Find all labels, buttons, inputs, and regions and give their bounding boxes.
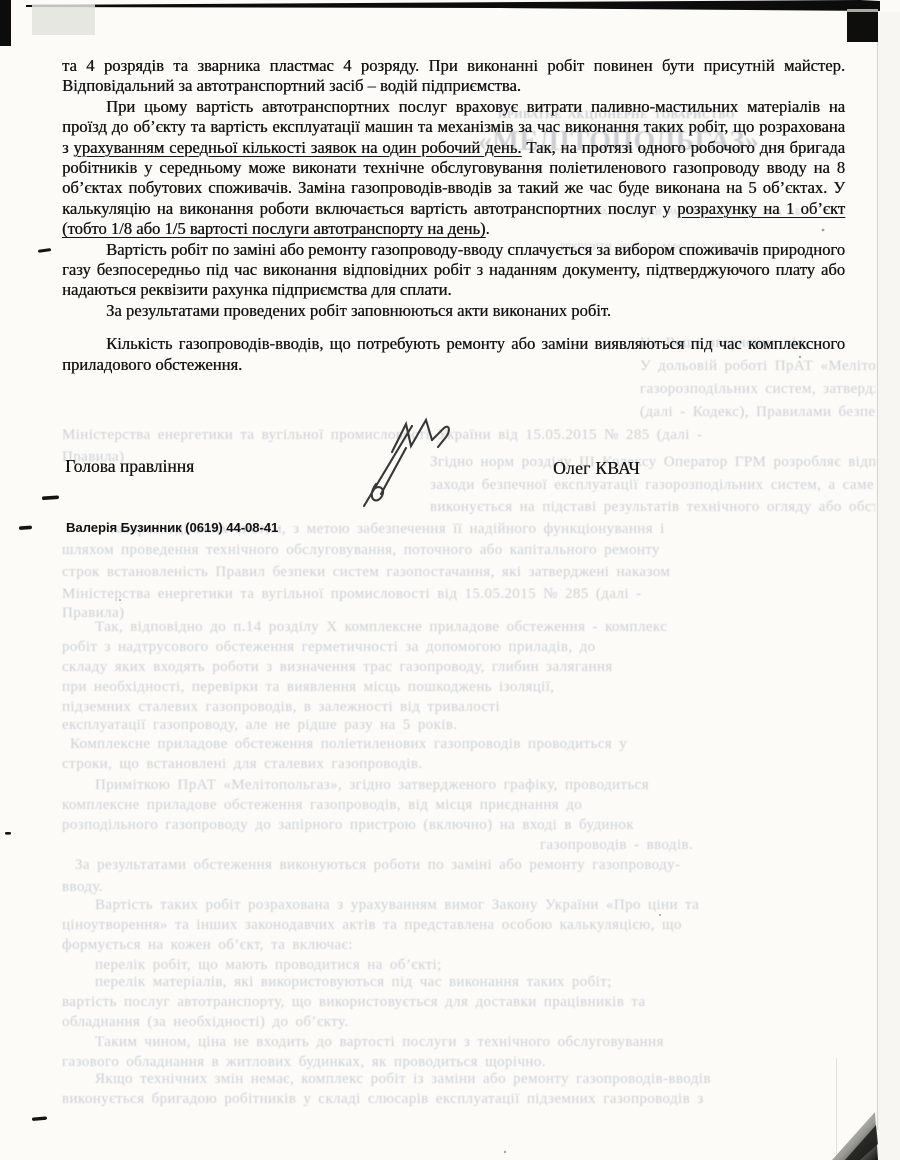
bleed-through-line: Якщо технічних змін немає, комплекс робі… — [95, 1072, 875, 1087]
bleed-through-line: формується на кожен об’єкт, та включає: — [62, 938, 662, 953]
bleed-through-line: Таким чином, ціна не входить до вартості… — [95, 1035, 875, 1050]
bleed-through-line: Комплексне приладове обстеження поліетил… — [70, 737, 875, 752]
letter-body: та 4 розрядів та зварника пластмас 4 роз… — [62, 56, 845, 375]
bleed-through-line: газопроводів - вводів. — [540, 838, 875, 853]
top-right-black-square — [847, 12, 878, 42]
handwritten-signature — [352, 410, 467, 515]
top-right-gray-gap — [847, 9, 878, 12]
scanned-document-page: ПРИВАТНЕ АКЦІОНЕРНЕ ТОВАРИСТВО«МЕЛІТОПОЛ… — [0, 0, 900, 1160]
bleed-through-line: газорозподільних систем, затвердженим 20… — [640, 382, 875, 397]
bleed-through-line: газового обладнання в житлових будинках,… — [62, 1055, 762, 1070]
paragraph-1: та 4 розрядів та зварника пластмас 4 роз… — [62, 56, 845, 97]
bottom-right-corner-fold — [832, 1112, 878, 1160]
bleed-through-line: перелік матеріалів, які використовуються… — [95, 975, 815, 990]
bleed-through-line: заходи безпечної експлуатації газорозпод… — [430, 478, 875, 493]
bleed-through-line: виконується на підставі результатів техн… — [430, 500, 875, 515]
bleed-through-line: шляхом проведення технічного обслуговува… — [62, 543, 875, 558]
bleed-through-line: Згідно норм розділу ІІІ Кодексу Оператор… — [430, 455, 875, 470]
bleed-through-line: обладнання (за необхідності) до об’єкту. — [62, 1015, 562, 1030]
bleed-through-line: (далі - Кодекс), Правилами безпеки — [640, 405, 875, 420]
top-left-black-bar — [0, 0, 11, 46]
bleed-through-line: Вартість таких робіт розрахована з ураху… — [95, 898, 875, 913]
paragraph-4: За результатами проведених робіт заповню… — [62, 301, 845, 321]
bleed-through-line: строки, що встановлені для сталевих газо… — [62, 757, 662, 772]
bleed-through-line: Так, відповідно до п.14 розділу Х компле… — [95, 620, 875, 635]
signatory-title: Голова правління — [65, 456, 194, 477]
bleed-through-line: Міністерства енергетики та вугільної про… — [62, 428, 874, 443]
paragraph-2-text: . — [485, 219, 489, 238]
bottom-right-corner-fold-edge — [845, 1125, 878, 1160]
bleed-through-line: вартість послуг автотранспорту, що викор… — [62, 995, 875, 1010]
paragraph-3: Вартість робіт по заміні або ремонту газ… — [62, 240, 845, 301]
top-edge-black-wedge — [26, 0, 880, 11]
bleed-through-line: ціноутворення» та інших законодавчих акт… — [62, 918, 875, 933]
bleed-through-line: Приміткою ПрАТ «Мелітопольгаз», згідно з… — [95, 778, 875, 793]
bleed-through-line: комплексне приладове обстеження газопров… — [62, 798, 875, 813]
bleed-through-line: строк встановленість Правил безпеки сист… — [62, 565, 875, 580]
underlined-text-1: урахуванням середньої кількості заявок н… — [73, 138, 521, 157]
contact-line: Валерія Бузинник (0619) 44-08-41 — [66, 520, 278, 535]
bleed-through-line: Правила) — [62, 606, 262, 621]
paragraph-5: Кількість газопроводів-вводів, що потреб… — [62, 334, 845, 375]
bleed-through-line: підземних сталевих газопроводів, в залеж… — [62, 700, 875, 715]
bleed-through-line: при необхідності, перевірки та виявлення… — [62, 680, 875, 695]
top-left-gray-smudge — [32, 4, 95, 35]
right-edge-strip — [878, 12, 900, 1160]
bleed-through-line: Міністерства енергетики та вугільної про… — [62, 587, 875, 602]
bleed-through-line: робіт з надтрусового обстеження герметич… — [62, 640, 875, 655]
left-margin-dash-marks — [5, 248, 59, 1121]
bleed-through-line: перелік робіт, що мають проводитися на о… — [95, 958, 715, 973]
bleed-through-line: складу яких входять роботи з визначення … — [62, 660, 875, 675]
bleed-through-line: розподільного газопроводу до запірного п… — [62, 818, 875, 833]
bleed-through-line: вводу. — [62, 880, 212, 895]
bleed-through-line: За результатами обстеження виконуються р… — [75, 858, 875, 873]
signatory-name: Олег КВАЧ — [553, 458, 640, 479]
bleed-through-line: виконується бригадою робітників у складі… — [62, 1092, 875, 1107]
bleed-through-line: експлуатації газопроводу, але не рідше р… — [62, 718, 762, 733]
paragraph-2: При цьому вартість автотранспортних посл… — [62, 97, 845, 240]
